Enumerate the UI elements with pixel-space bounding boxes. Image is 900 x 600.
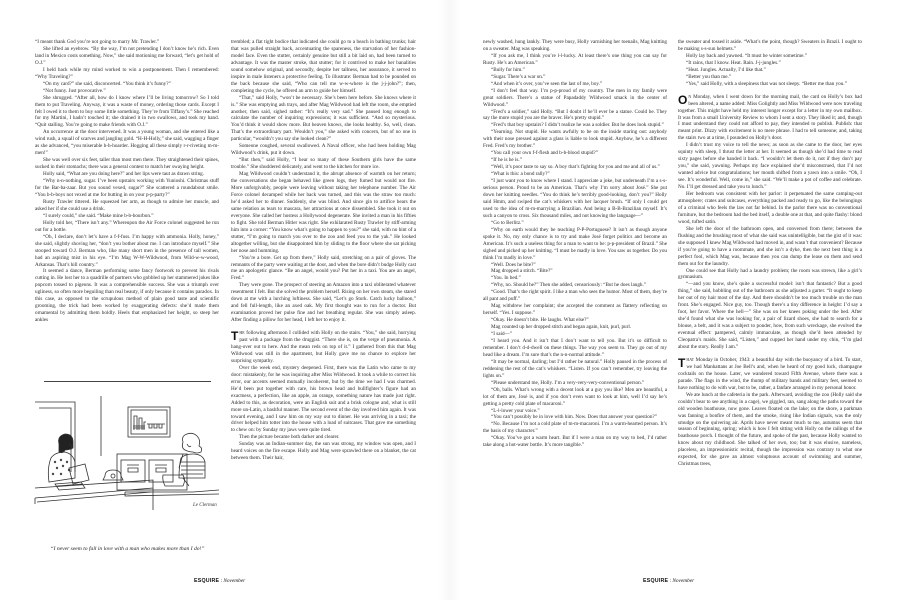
paragraph: They were gone. The prospect of steering… (231, 282, 416, 324)
paragraph: “Okay. You’ve got a warm heart. But if I… (483, 435, 667, 449)
cartoon-illustration: Le Clerman (33, 392, 223, 512)
paragraph: “Why on earth would they be teaching P-P… (483, 227, 667, 262)
paragraph: “Sugar. There’s a war on.” (483, 74, 667, 81)
paragraph: “I meant thank God you’re not going to m… (35, 39, 219, 46)
page-footer: ESQUIRE : November (194, 578, 245, 584)
paragraph-text: following afternoon I collided with Holl… (231, 330, 416, 364)
paragraph: “Not funny. Just provocative.” (35, 88, 219, 95)
paragraph: “If you ask me, I think you’re l-l-lucky… (483, 53, 667, 67)
right-page-column-2: the sweater and tossed it aside. “What’s… (678, 39, 862, 468)
paragraph: the sweater and tossed it aside. “What’s… (678, 39, 862, 53)
left-page-column-2: trembled; a flat tight bodice that indic… (231, 39, 416, 462)
left-page-column-1: “I meant thank God you’re not going to m… (35, 39, 219, 324)
paragraph: An occurrence at the door intervened. It… (35, 129, 219, 157)
paragraph: “I just want you to know where I stand. … (483, 178, 667, 220)
lead-in: he (239, 330, 244, 336)
paragraph: One could see that Holly had a laundry p… (678, 268, 862, 282)
paragraph: “Go to Berlitz.” (483, 220, 667, 227)
lead-in: hat (686, 357, 694, 363)
paragraph: “Yearning. Not stupid. He wants awfully … (483, 129, 667, 150)
paragraph: “No. Because I’m not a cold plate of m-m… (483, 421, 667, 435)
paragraph: Holly told her, “There isn’t any.” Where… (35, 220, 219, 234)
paragraph-text: Monday in October, 1943: a beautiful day… (678, 357, 862, 391)
section-opening-paragraph: That Monday in October, 1943: a beautifu… (678, 357, 862, 392)
issue-month: November (672, 578, 694, 584)
paragraph: She shrugged. “After all, how do I know … (35, 95, 219, 130)
section-opening-paragraph: The following afternoon I collided with … (231, 330, 416, 365)
paragraph: “Bully for him.” (483, 67, 667, 74)
paragraph: “Good. That’s the right spirit. I like a… (483, 289, 667, 303)
section-opening-paragraph: On Monday, when I went down for the morn… (678, 94, 862, 143)
paragraph: “Heat. Jungles. Actually, I’d like that.… (678, 67, 862, 74)
cartoon-divider-rule (44, 381, 211, 382)
paragraph: She lifted an eyebrow. “By the way, I’m … (35, 46, 219, 67)
cartoon-drawing: Le Clerman (33, 392, 223, 512)
paragraph: “It may be normal, darling; but I’d rath… (483, 359, 667, 380)
cartoon-caption: “I never seem to fall in love with a man… (40, 546, 215, 553)
paragraph: “Oh, I declare, don’t let’s have a f-f-f… (35, 234, 219, 269)
right-page-column-1: newly washed, hung lankly. They were bus… (483, 39, 667, 449)
paragraph: We ate lunch at the cafeteria in the par… (678, 392, 862, 468)
paragraph: “Oh, balls. What’s wrong with a decent l… (483, 387, 667, 408)
paragraph: “—and you know, she’s quite a successful… (678, 281, 862, 351)
issue-month: November (223, 578, 245, 584)
paragraph: “And when it’s over, you’ve seen the las… (483, 81, 667, 88)
paragraph: “It rains, that I know. Heat. Rain. J-j-… (678, 60, 862, 67)
paragraph: Mag Wildwood couldn’t understand it, the… (231, 171, 416, 254)
cartoonist-signature: Le Clerman (192, 503, 217, 508)
paragraph: Over the week end, mystery deepened. Fir… (231, 365, 416, 435)
paragraph: “Why n-n-nothing, sugar. I’ve been upsta… (35, 178, 219, 199)
paragraph: “Better you than me.” (678, 74, 862, 81)
paragraph: Sunday was an Indian-summer day, the sun… (231, 441, 416, 462)
paragraph: I didn’t trust my voice to tell the news… (678, 142, 862, 191)
paragraph: “Fred’s a soldier,” said Holly. “But I d… (483, 109, 667, 123)
paragraph: “I don’t feel that way. I’m p-p-proud of… (483, 88, 667, 109)
paragraph: newly washed, hung lankly. They were bus… (483, 39, 667, 53)
right-page: newly washed, hung lankly. They were bus… (450, 0, 900, 600)
page-footer: ESQUIRE : November (643, 578, 694, 584)
paragraph: Her bedroom was consistent with her parl… (678, 191, 862, 226)
paragraph: “I surely could,” she said. “Make mine b… (35, 213, 219, 220)
paragraph: She was well over six feet, taller than … (35, 157, 219, 171)
paragraph: “I said—” (483, 331, 667, 338)
paragraph: Rusty Trawler tittered. He squeezed her … (35, 199, 219, 213)
paragraph: She left the door of the bathroom open, … (678, 226, 862, 268)
paragraph: “Please understand me, Holly. I’m a very… (483, 380, 667, 387)
paragraph: “Okay. He doesn’t bite. He laughs. What … (483, 317, 667, 324)
paragraph: “On my card?” she said, disconcerted. “Y… (35, 81, 219, 88)
magazine-name: ESQUIRE (194, 578, 219, 584)
magazine-spread: “I meant thank God you’re not going to m… (0, 0, 900, 600)
paragraph: “That,” said Holly, “won’t be necessary.… (231, 95, 416, 144)
left-page: “I meant thank God you’re not going to m… (0, 0, 450, 600)
paragraph-text: Monday, when I went down for the morning… (678, 94, 862, 142)
drop-cap: T (678, 358, 685, 368)
paragraph: “Yes,” said Holly, with a sleepiness tha… (678, 81, 862, 88)
paragraph: Mag counted up her dropped stitch and be… (483, 324, 667, 331)
paragraph: trembled; a flat tight bodice that indic… (231, 39, 416, 95)
paragraph: It seemed a dance, Berman performing som… (35, 268, 219, 324)
drop-cap: T (231, 331, 238, 341)
magazine-name: ESQUIRE (643, 578, 668, 584)
paragraph: Mag withdrew her complaint; she accepted… (483, 303, 667, 317)
paragraph: “You’re a bore. Get up from there,” Holl… (231, 255, 416, 283)
paragraph: “I heard you. And it isn’t that I don’t … (483, 338, 667, 359)
paragraph: Then the picture became both darker and … (231, 434, 416, 441)
paragraph: Holly lay back and yawned. “It must be w… (678, 53, 862, 60)
paragraph: Someone coughed, several swallowed. A Na… (231, 143, 416, 157)
drop-cap: O (678, 95, 687, 105)
paragraph: “But then,” said Holly, “I hear so many … (231, 157, 416, 171)
lead-in: n (688, 94, 691, 100)
paragraph: I held back while my mind worked to win … (35, 67, 219, 81)
